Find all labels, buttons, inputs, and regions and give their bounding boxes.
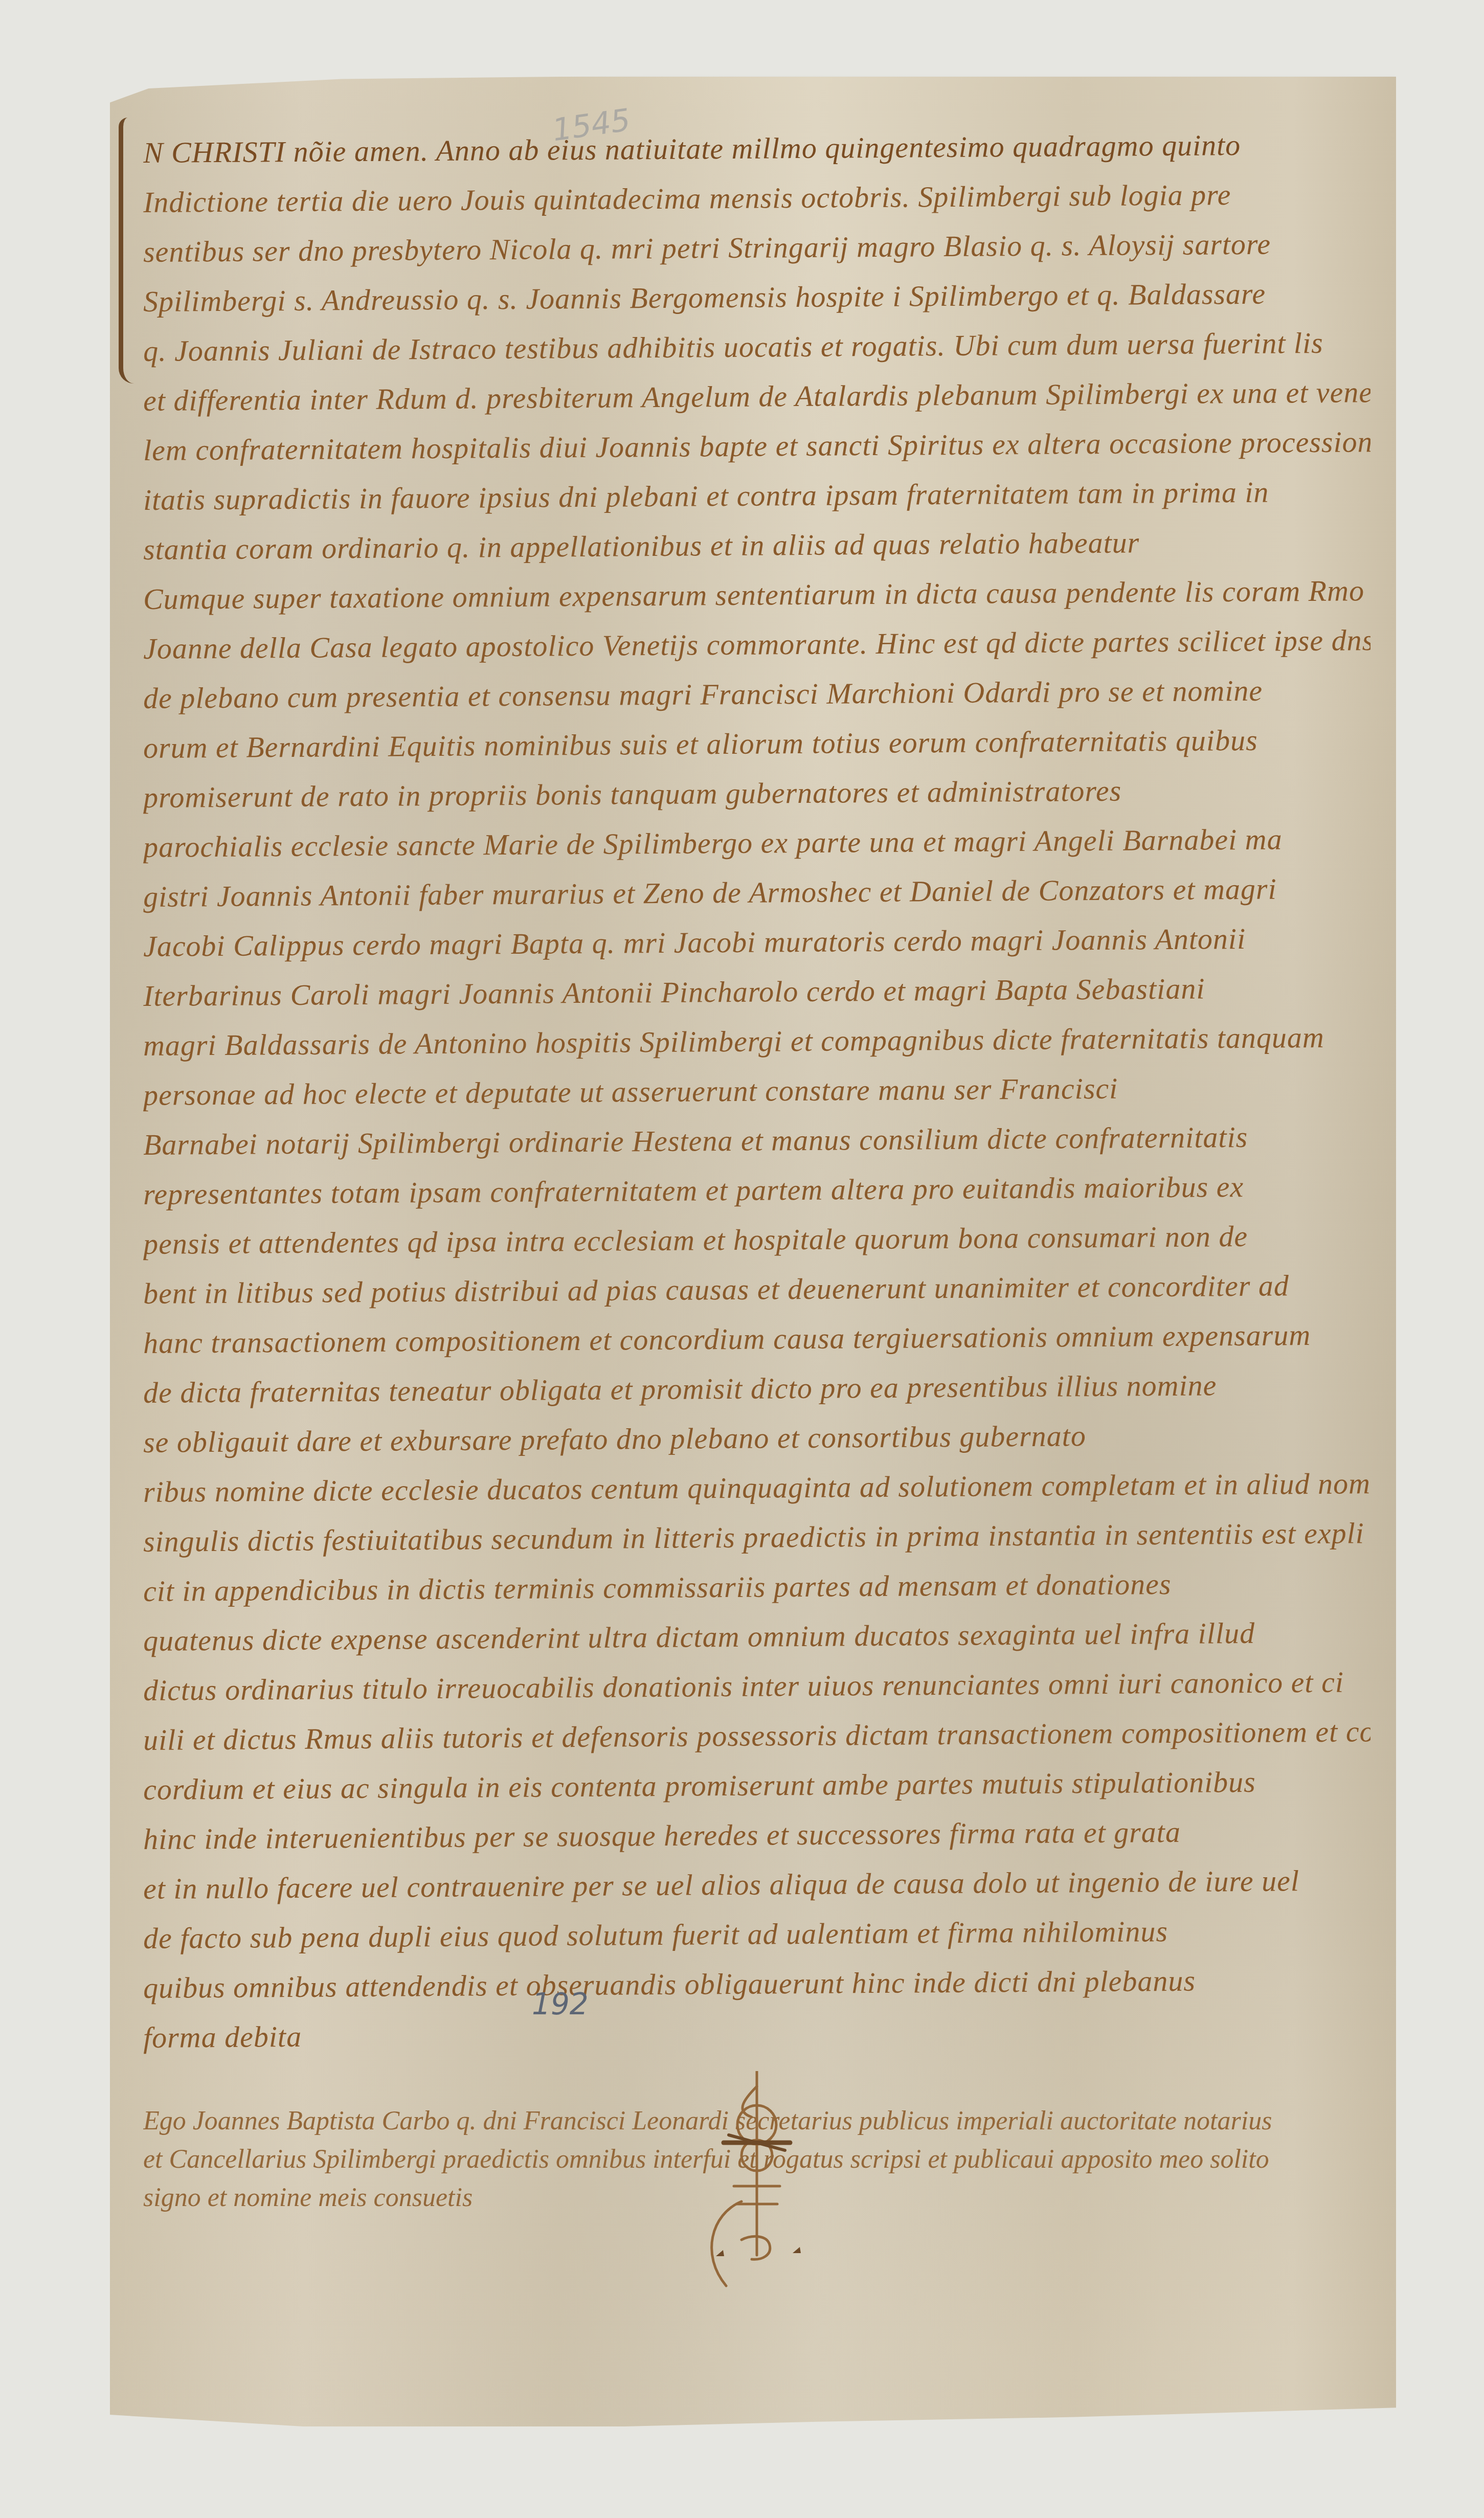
manuscript-line: uili et dictus Rmus aliis tutoris et def… (143, 1706, 1371, 1765)
manuscript-line: de dicta fraternitas teneatur obligata e… (143, 1359, 1371, 1418)
manuscript-line: Joanne della Casa legato apostolico Vene… (143, 615, 1371, 673)
manuscript-line: et in nullo facere uel contrauenire per … (143, 1855, 1371, 1914)
manuscript-line: et differentia inter Rdum d. presbiterum… (143, 367, 1371, 425)
manuscript-line: sentibus ser dno presbytero Nicola q. mr… (143, 218, 1371, 277)
manuscript-line: itatis supradictis in fauore ipsius dni … (143, 466, 1371, 525)
manuscript-line: hinc inde interuenientibus per se suosqu… (143, 1806, 1371, 1864)
manuscript-line: Indictione tertia die uero Jouis quintad… (143, 169, 1371, 227)
manuscript-line: N CHRISTI nõie amen. Anno ab eius natiui… (143, 119, 1371, 177)
manuscript-line: de facto sub pena dupli eius quod solutu… (143, 1905, 1371, 1963)
manuscript-line: quatenus dicte expense ascenderint ultra… (143, 1607, 1371, 1666)
manuscript-line: q. Joannis Juliani de Istraco testibus a… (143, 318, 1371, 376)
manuscript-line: orum et Bernardini Equitis nominibus sui… (143, 714, 1371, 773)
manuscript-line: cordium et eius ac singula in eis conten… (143, 1756, 1371, 1814)
manuscript-line: cit in appendicibus in dictis terminis c… (143, 1558, 1371, 1616)
manuscript-line: parochialis ecclesie sancte Marie de Spi… (143, 814, 1371, 872)
manuscript-line: dictus ordinarius titulo irreuocabilis d… (143, 1657, 1371, 1715)
manuscript-line: magri Baldassaris de Antonino hospitis S… (143, 1012, 1371, 1070)
manuscript-line: de plebano cum presentia et consensu mag… (143, 665, 1371, 723)
manuscript-line: Barnabei notarij Spilimbergi ordinarie H… (143, 1111, 1371, 1170)
manuscript-line: Jacobi Calippus cerdo magri Bapta q. mri… (143, 913, 1371, 971)
decorated-initial-I (119, 118, 144, 384)
manuscript-line: gistri Joannis Antonii faber murarius et… (143, 863, 1371, 921)
closing-line: forma debita (143, 2004, 1371, 2062)
manuscript-line: pensis et attendentes qd ipsa intra eccl… (143, 1210, 1371, 1269)
manuscript-line: stantia coram ordinario q. in appellatio… (143, 516, 1371, 574)
archive-number: 192 (532, 1987, 589, 2021)
manuscript-line: representantes totam ipsam confraternita… (143, 1161, 1371, 1219)
notary-signum-icon (680, 2071, 834, 2296)
manuscript-line: quibus omnibus attendendis et obseruandi… (143, 1954, 1371, 2013)
manuscript-line: Spilimbergi s. Andreussio q. s. Joannis … (143, 268, 1371, 326)
manuscript-line: lem confraternitatem hospitalis diui Joa… (143, 417, 1371, 475)
manuscript-line: bent in litibus sed potius distribui ad … (143, 1260, 1371, 1318)
manuscript-line: promiserunt de rato in propriis bonis ta… (143, 764, 1371, 822)
manuscript-line: hanc transactionem compositionem et conc… (143, 1310, 1371, 1368)
manuscript-line: Iterbarinus Caroli magri Joannis Antonii… (143, 962, 1371, 1021)
manuscript-line: personae ad hoc electe et deputate ut as… (143, 1062, 1371, 1120)
manuscript-line: Cumque super taxatione omnium expensarum… (143, 566, 1371, 624)
document-body: N CHRISTI nõie amen. Anno ab eius natiui… (143, 128, 1370, 2062)
manuscript-line: singulis dictis festiuitatibus secundum … (143, 1508, 1371, 1566)
manuscript-line: ribus nomine dicte ecclesie ducatos cent… (143, 1458, 1371, 1517)
manuscript-line: se obligauit dare et exbursare prefato d… (143, 1409, 1371, 1467)
